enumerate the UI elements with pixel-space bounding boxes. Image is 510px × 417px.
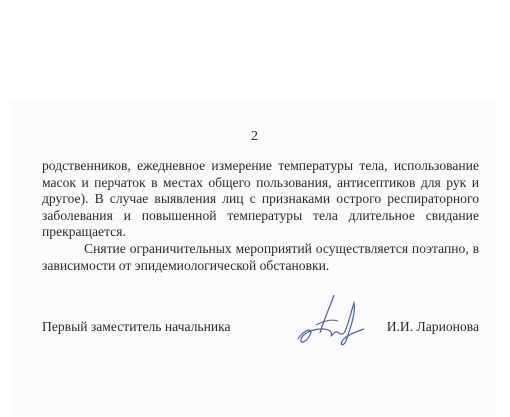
signatory-name: И.И. Ларионова — [387, 319, 479, 335]
handwritten-signature-icon — [294, 293, 366, 351]
signatory-title: Первый заместитель начальника — [42, 319, 231, 335]
document-body: родственников, ежедневное измерение темп… — [42, 158, 479, 274]
page-number: 2 — [12, 129, 497, 145]
paragraph-1: родственников, ежедневное измерение темп… — [42, 158, 479, 241]
paragraph-2: Снятие ограничительных мероприятий осуще… — [42, 241, 479, 274]
document-page: 2 родственников, ежедневное измерение те… — [12, 101, 497, 415]
signature-block: Первый заместитель начальника И.И. Ларио… — [42, 315, 479, 345]
